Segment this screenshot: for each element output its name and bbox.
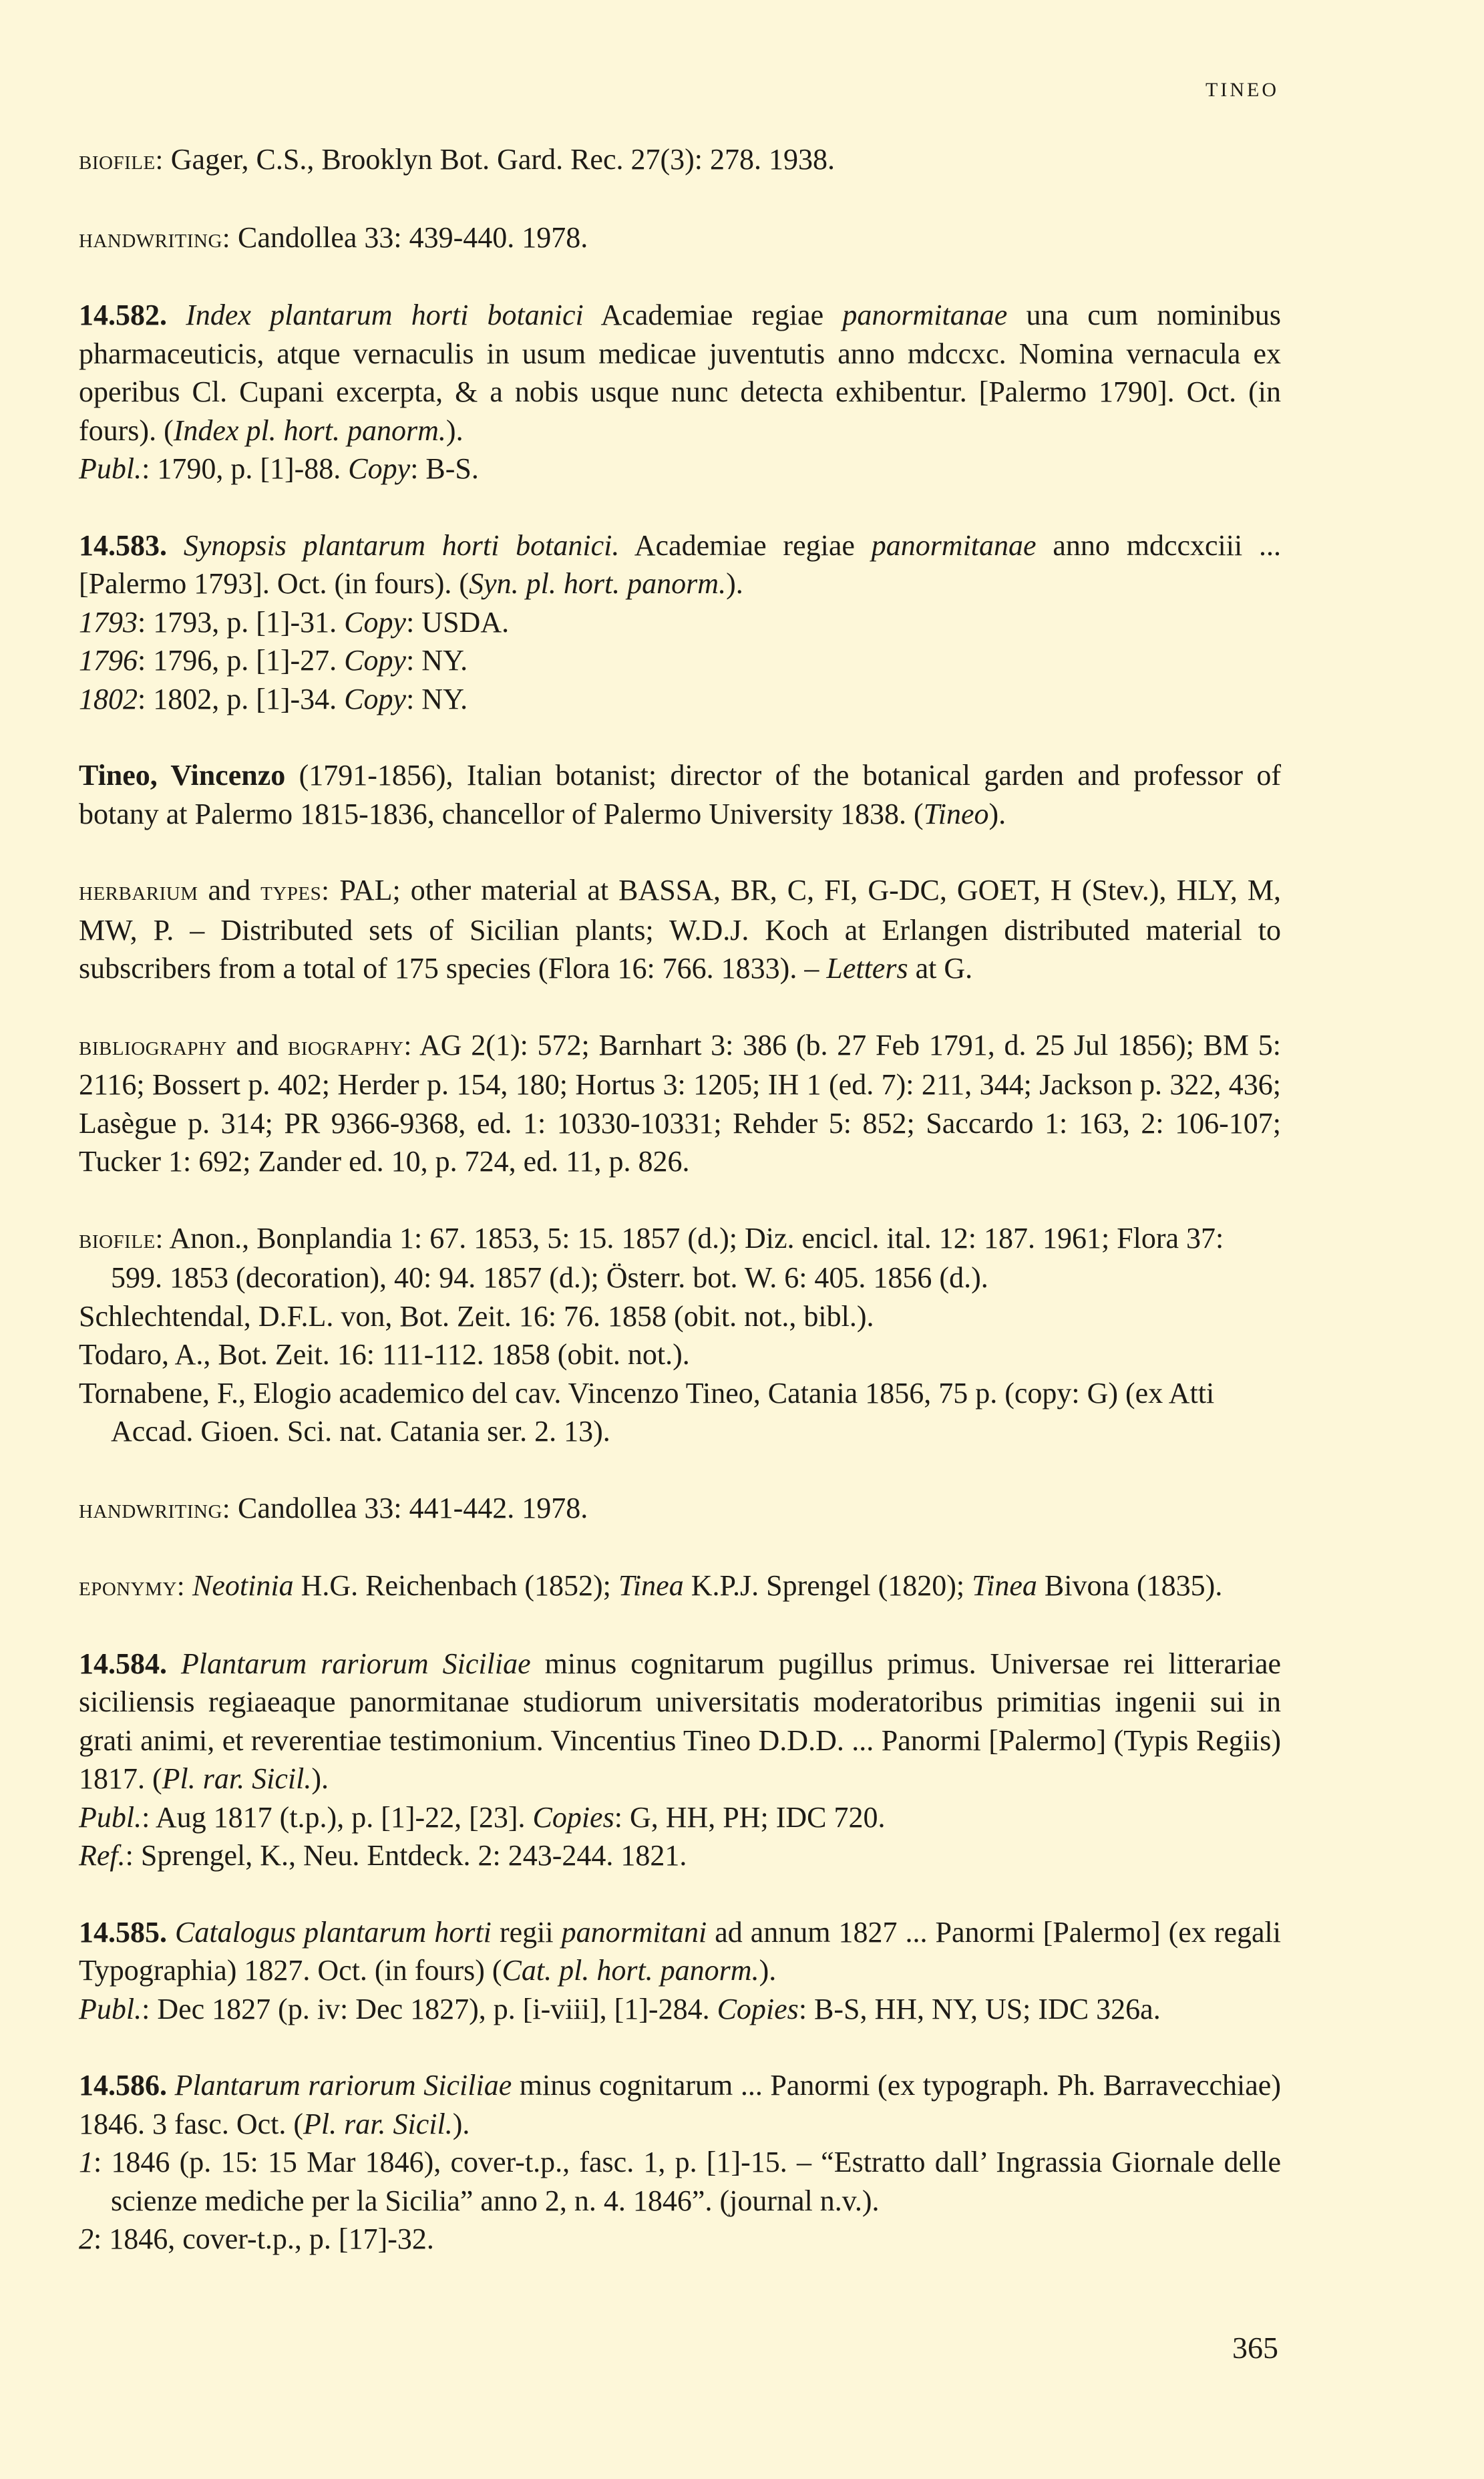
title-abbreviation: Index pl. hort. panorm. <box>174 414 446 447</box>
biofile-line: Tornabene, F., Elogio academico del cav.… <box>79 1374 1281 1451</box>
edition-line: 1802: 1802, p. [1]-34. Copy: NY. <box>79 680 1281 719</box>
label-handwriting: handwriting: <box>79 223 230 254</box>
handwriting-2: handwriting: Candollea 33: 441-442. 1978… <box>79 1489 1281 1529</box>
entry-14-583: 14.583. Synopsis plantarum horti botanic… <box>79 526 1281 719</box>
label-biofile: biofile: <box>79 145 164 176</box>
entry-title: Plantarum rariorum Siciliae <box>175 2069 512 2102</box>
biofile-line: Schlechtendal, D.F.L. von, Bot. Zeit. 16… <box>79 1297 1281 1336</box>
edition-line: 1793: 1793, p. [1]-31. Copy: USDA. <box>79 603 1281 642</box>
entry-14-582: 14.582. Index plantarum horti botanici A… <box>79 296 1281 488</box>
entry-number: 14.584. <box>79 1647 167 1680</box>
page-number: 365 <box>1232 2330 1278 2365</box>
entry-title: Index plantarum horti botanici <box>186 299 584 331</box>
biofile-2: biofile: Anon., Bonplandia 1: 67. 1853, … <box>79 1219 1281 1451</box>
entry-14-586: 14.586. Plantarum rariorum Siciliae minu… <box>79 2066 1281 2259</box>
biofile-line: biofile: Anon., Bonplandia 1: 67. 1853, … <box>79 1219 1281 1297</box>
part-line: 1: 1846 (p. 15: 15 Mar 1846), cover-t.p.… <box>79 2143 1281 2220</box>
person-name: Tineo, Vincenzo <box>79 759 285 792</box>
reference-line: Ref.: Sprengel, K., Neu. Entdeck. 2: 243… <box>79 1836 1281 1875</box>
publication-line: Publ.: Dec 1827 (p. iv: Dec 1827), p. [i… <box>79 1990 1281 2029</box>
entry-number: 14.586. <box>79 2069 167 2102</box>
entry-title: Plantarum rariorum Siciliae <box>181 1647 531 1680</box>
page-body: biofile: Gager, C.S., Brooklyn Bot. Gard… <box>79 140 1281 2297</box>
edition-line: 1796: 1796, p. [1]-27. Copy: NY. <box>79 641 1281 680</box>
biofile-gager: biofile: Gager, C.S., Brooklyn Bot. Gard… <box>79 140 1281 180</box>
publication-line: Publ.: Aug 1817 (t.p.), p. [1]-22, [23].… <box>79 1798 1281 1837</box>
title-abbreviation: Syn. pl. hort. panorm. <box>469 567 726 600</box>
entry-number: 14.583. <box>79 529 167 562</box>
entry-title: Synopsis plantarum horti botanici. <box>184 529 620 562</box>
entry-14-584: 14.584. Plantarum rariorum Siciliae minu… <box>79 1645 1281 1875</box>
publication-line: Publ.: 1790, p. [1]-88. Copy: B-S. <box>79 450 1281 488</box>
herbarium-types: herbarium and types: PAL; other material… <box>79 871 1281 988</box>
author-abbreviation: Tineo <box>924 798 989 830</box>
running-head: TINEO <box>1169 79 1279 102</box>
biofile-line: Todaro, A., Bot. Zeit. 16: 111-112. 1858… <box>79 1335 1281 1374</box>
entry-number: 14.582. <box>79 299 167 331</box>
eponymy: eponymy: Neotinia H.G. Reichenbach (1852… <box>79 1566 1281 1607</box>
bibliography-biography: bibliography and biography: AG 2(1): 572… <box>79 1026 1281 1181</box>
part-line: 2: 1846, cover-t.p., p. [17]-32. <box>79 2220 1281 2259</box>
entry-number: 14.585. <box>79 1916 167 1949</box>
entry-title: Catalogus plantarum horti <box>175 1916 492 1949</box>
handwriting-1: handwriting: Candollea 33: 439-440. 1978… <box>79 218 1281 259</box>
person-entry: Tineo, Vincenzo (1791-1856), Italian bot… <box>79 756 1281 833</box>
entry-14-585: 14.585. Catalogus plantarum horti regii … <box>79 1913 1281 2029</box>
